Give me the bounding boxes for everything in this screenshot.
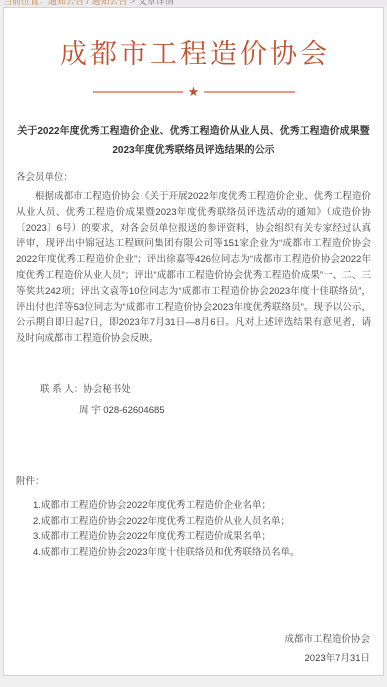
attachment-item-4: 4.成都市工程造价协会2023年度十佳联络员和优秀联络员名单。 xyxy=(33,545,300,561)
breadcrumb: 当前位置：通知公告 / 通知公告 > 文章详情 xyxy=(0,0,387,7)
breadcrumb-separator: > xyxy=(130,0,135,6)
contact-block: 联 系 人：协会秘书处 周 宇 028-62604685 xyxy=(40,383,165,418)
signature-block: 成都市工程造价协会 2023年7月31日 xyxy=(284,630,370,668)
contact-phone: 周 宇 028-62604685 xyxy=(79,404,165,418)
breadcrumb-link[interactable]: 当前位置：通知公告 / 通知公告 xyxy=(3,0,128,6)
salutation: 各会员单位： xyxy=(16,170,371,185)
star-divider: ★ xyxy=(93,86,295,98)
star-icon: ★ xyxy=(183,85,205,98)
signature-date: 2023年7月31日 xyxy=(284,649,370,668)
contact-label: 联 系 人：协会秘书处 xyxy=(40,383,165,397)
signature-org: 成都市工程造价协会 xyxy=(284,630,370,649)
attachment-item-1: 1.成都市工程造价协会2022年度优秀工程造价企业名单； xyxy=(33,498,300,514)
attachment-item-3: 3.成都市工程造价协会2022年度优秀工程造价成果名单； xyxy=(33,529,300,545)
breadcrumb-current: 文章详情 xyxy=(138,0,174,6)
divider-line-right xyxy=(204,91,294,93)
announcement-card: 成都市工程造价协会 ★ 关于2022年度优秀工程造价企业、优秀工程造价从业人员、… xyxy=(3,7,384,676)
body-paragraph: 根据成都市工程造价协会《关于开展2022年度优秀工程造价企业、优秀工程造价从业人… xyxy=(16,189,371,347)
org-title: 成都市工程造价协会 xyxy=(4,39,383,69)
document-title: 关于2022年度优秀工程造价企业、优秀工程造价从业人员、优秀工程造价成果暨202… xyxy=(16,122,371,160)
divider-line-left xyxy=(93,91,183,93)
breadcrumb-text: 当前位置：通知公告 / 通知公告 > 文章详情 xyxy=(0,0,387,7)
attachments-label: 附件： xyxy=(16,474,300,489)
attachments-block: 附件： 1.成都市工程造价协会2022年度优秀工程造价企业名单； 2.成都市工程… xyxy=(16,474,300,560)
page: 当前位置：通知公告 / 通知公告 > 文章详情 成都市工程造价协会 ★ 关于20… xyxy=(0,0,387,687)
attachment-item-2: 2.成都市工程造价协会2022年度优秀工程造价从业人员名单； xyxy=(33,514,300,530)
